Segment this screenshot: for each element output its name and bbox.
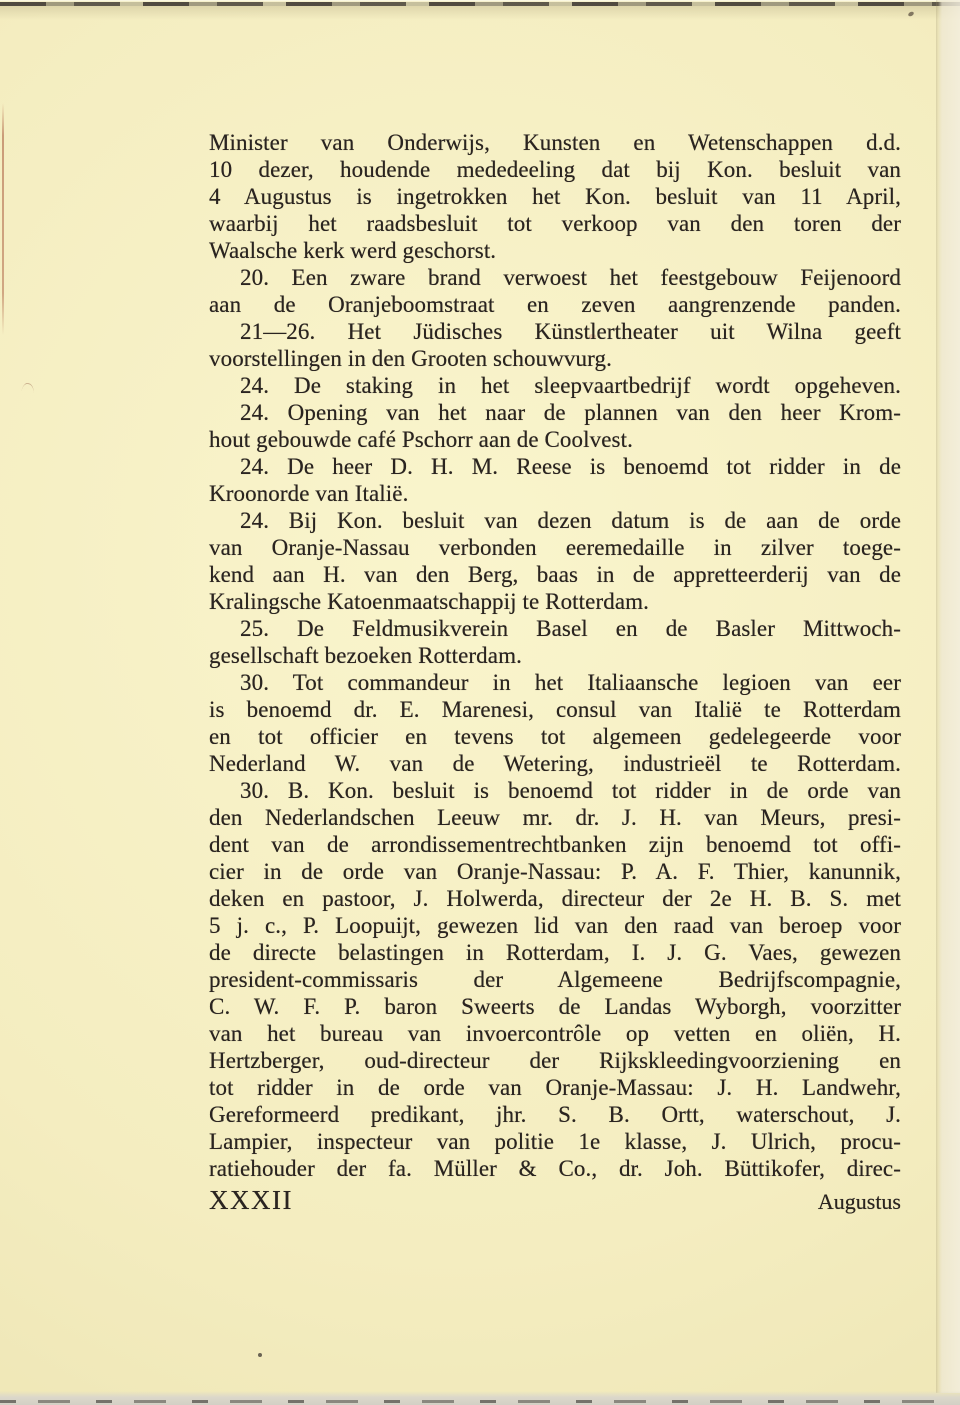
- text-line: is benoemd dr. E. Marenesi, consul van I…: [209, 696, 901, 723]
- text-line: cier in de orde van Oranje-Nassau: P. A.…: [209, 858, 901, 885]
- text-line: 25. De Feldmusikverein Basel en de Basle…: [209, 615, 901, 642]
- text-line: kend aan H. van den Berg, baas in de app…: [209, 561, 901, 588]
- page-footer: XXXII Augustus: [209, 1185, 901, 1217]
- text-line: 24. De heer D. H. M. Reese is benoemd to…: [209, 453, 901, 480]
- text-line: van Oranje-Nassau verbonden eeremedaille…: [209, 534, 901, 561]
- page-edge-right: [936, 0, 960, 1393]
- text-line: Kralingsche Katoenmaatschappij te Rotter…: [209, 588, 901, 615]
- text-line: Gereformeerd predikant, jhr. S. B. Ortt,…: [209, 1101, 901, 1128]
- text-line: Kroonorde van Italië.: [209, 480, 901, 507]
- scan-edge-top: [0, 0, 960, 9]
- running-title: Augustus: [818, 1187, 901, 1217]
- text-line: en tot officier en tevens tot algemeen g…: [209, 723, 901, 750]
- page-number: XXXII: [209, 1185, 293, 1215]
- text-line: 4 Augustus is ingetrokken het Kon. beslu…: [209, 183, 901, 210]
- scan-artifact-left-line: [2, 103, 4, 335]
- text-line: waarbij het raadsbesluit tot verkoop van…: [209, 210, 901, 237]
- text-line: Waalsche kerk werd geschorst.: [209, 237, 901, 264]
- text-block: Minister van Onderwijs, Kunsten en Weten…: [209, 129, 901, 1182]
- text-line: 10 dezer, houdende mededeeling dat bij K…: [209, 156, 901, 183]
- text-line: dent van de arrondissementrechtbanken zi…: [209, 831, 901, 858]
- scan-edge-bottom: [0, 1391, 960, 1405]
- text-line: de directe belastingen in Rotterdam, I. …: [209, 939, 901, 966]
- text-line: tot ridder in de orde van Oranje-Massau:…: [209, 1074, 901, 1101]
- text-line: voorstellingen in den Grooten schouwvurg…: [209, 345, 901, 372]
- text-line: Nederland W. van de Wetering, industrieë…: [209, 750, 901, 777]
- text-line: van het bureau van invoercontrôle op vet…: [209, 1020, 901, 1047]
- text-line: 24. Bij Kon. besluit van dezen datum is …: [209, 507, 901, 534]
- paper-hair-mark: [21, 382, 34, 394]
- text-line: C. W. F. P. baron Sweerts de Landas Wybo…: [209, 993, 901, 1020]
- text-line: 24. Opening van het naar de plannen van …: [209, 399, 901, 426]
- text-line: aan de Oranjeboomstraat en zeven aangren…: [209, 291, 901, 318]
- text-line: Lampier, inspecteur van politie 1e klass…: [209, 1128, 901, 1155]
- text-line: Minister van Onderwijs, Kunsten en Weten…: [209, 129, 901, 156]
- text-line: 20. Een zware brand verwoest het feestge…: [209, 264, 901, 291]
- text-line: 21—26. Het Jüdisches Künstlertheater uit…: [209, 318, 901, 345]
- text-line: 30. Tot commandeur in het Italiaansche l…: [209, 669, 901, 696]
- text-line: den Nederlandschen Leeuw mr. dr. J. H. v…: [209, 804, 901, 831]
- text-line: ratiehouder der fa. Müller & Co., dr. Jo…: [209, 1155, 901, 1182]
- text-line: 24. De staking in het sleepvaartbedrijf …: [209, 372, 901, 399]
- text-line: president-commissaris der Algemeene Bedr…: [209, 966, 901, 993]
- text-line: 5 j. c., P. Loopuijt, gewezen lid van de…: [209, 912, 901, 939]
- text-line: gesellschaft bezoeken Rotterdam.: [209, 642, 901, 669]
- text-line: deken en pastoor, J. Holwerda, directeur…: [209, 885, 901, 912]
- text-line: 30. B. Kon. besluit is benoemd tot ridde…: [209, 777, 901, 804]
- scanned-page: Minister van Onderwijs, Kunsten en Weten…: [0, 0, 960, 1405]
- paper-speck-bottom: [258, 1353, 262, 1357]
- text-line: hout gebouwde café Pschorr aan de Coolve…: [209, 426, 901, 453]
- text-line: Hertzberger, oud-directeur der Rijksklee…: [209, 1047, 901, 1074]
